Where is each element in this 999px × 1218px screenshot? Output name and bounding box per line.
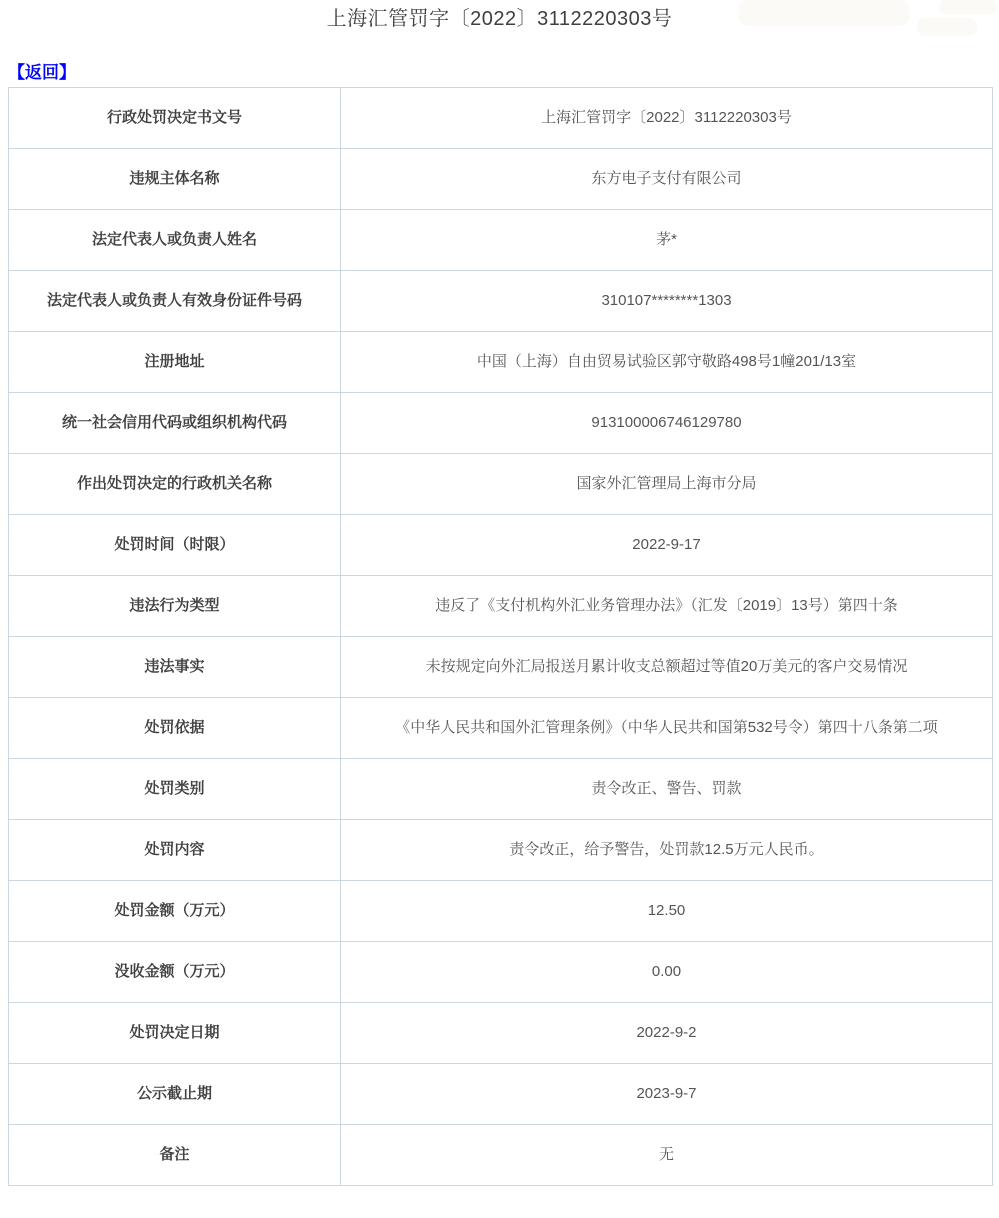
row-value: 12.50	[341, 881, 993, 942]
row-label: 处罚内容	[9, 820, 341, 881]
table-row: 行政处罚决定书文号上海汇管罚字〔2022〕3112220303号	[9, 88, 993, 149]
row-label: 注册地址	[9, 332, 341, 393]
row-label: 法定代表人或负责人姓名	[9, 210, 341, 271]
table-row: 违规主体名称东方电子支付有限公司	[9, 149, 993, 210]
row-label: 违法事实	[9, 637, 341, 698]
row-value: 无	[341, 1125, 993, 1186]
row-label: 公示截止期	[9, 1064, 341, 1125]
row-label: 违法行为类型	[9, 576, 341, 637]
table-row: 法定代表人或负责人有效身份证件号码310107********1303	[9, 271, 993, 332]
table-row: 违法事实未按规定向外汇局报送月累计收支总额超过等值20万美元的客户交易情况	[9, 637, 993, 698]
row-value: 国家外汇管理局上海市分局	[341, 454, 993, 515]
row-label: 处罚时间（时限）	[9, 515, 341, 576]
row-value: 责令改正、警告、罚款	[341, 759, 993, 820]
table-row: 处罚内容责令改正，给予警告，处罚款12.5万元人民币。	[9, 820, 993, 881]
row-label: 备注	[9, 1125, 341, 1186]
row-value: 2022-9-17	[341, 515, 993, 576]
table-row: 处罚决定日期2022-9-2	[9, 1003, 993, 1064]
page-title: 上海汇管罚字〔2022〕3112220303号	[0, 0, 999, 31]
table-row: 法定代表人或负责人姓名茅*	[9, 210, 993, 271]
row-label: 处罚决定日期	[9, 1003, 341, 1064]
row-value: 310107********1303	[341, 271, 993, 332]
row-value: 上海汇管罚字〔2022〕3112220303号	[341, 88, 993, 149]
table-row: 备注无	[9, 1125, 993, 1186]
row-value: 《中华人民共和国外汇管理条例》（中华人民共和国第532号令）第四十八条第二项	[341, 698, 993, 759]
row-label: 行政处罚决定书文号	[9, 88, 341, 149]
row-label: 违规主体名称	[9, 149, 341, 210]
row-label: 法定代表人或负责人有效身份证件号码	[9, 271, 341, 332]
row-label: 处罚金额（万元）	[9, 881, 341, 942]
row-label: 没收金额（万元）	[9, 942, 341, 1003]
row-value: 913100006746129780	[341, 393, 993, 454]
row-value: 责令改正，给予警告，处罚款12.5万元人民币。	[341, 820, 993, 881]
row-label: 处罚类别	[9, 759, 341, 820]
row-label: 处罚依据	[9, 698, 341, 759]
row-value: 东方电子支付有限公司	[341, 149, 993, 210]
table-row: 违法行为类型违反了《支付机构外汇业务管理办法》（汇发〔2019〕13号）第四十条	[9, 576, 993, 637]
back-link[interactable]: 【返回】	[8, 58, 76, 83]
row-value: 0.00	[341, 942, 993, 1003]
row-value: 2022-9-2	[341, 1003, 993, 1064]
row-value: 茅*	[341, 210, 993, 271]
table-row: 公示截止期2023-9-7	[9, 1064, 993, 1125]
table-row: 处罚时间（时限）2022-9-17	[9, 515, 993, 576]
penalty-detail-page: 上海汇管罚字〔2022〕3112220303号 【返回】 行政处罚决定书文号上海…	[0, 0, 999, 1218]
row-value: 2023-9-7	[341, 1064, 993, 1125]
table-row: 作出处罚决定的行政机关名称国家外汇管理局上海市分局	[9, 454, 993, 515]
row-value: 未按规定向外汇局报送月累计收支总额超过等值20万美元的客户交易情况	[341, 637, 993, 698]
penalty-table-body: 行政处罚决定书文号上海汇管罚字〔2022〕3112220303号违规主体名称东方…	[9, 88, 993, 1186]
table-row: 没收金额（万元）0.00	[9, 942, 993, 1003]
table-row: 处罚类别责令改正、警告、罚款	[9, 759, 993, 820]
table-row: 处罚金额（万元）12.50	[9, 881, 993, 942]
penalty-table: 行政处罚决定书文号上海汇管罚字〔2022〕3112220303号违规主体名称东方…	[8, 87, 993, 1186]
row-value: 违反了《支付机构外汇业务管理办法》（汇发〔2019〕13号）第四十条	[341, 576, 993, 637]
row-label: 统一社会信用代码或组织机构代码	[9, 393, 341, 454]
table-row: 注册地址中国（上海）自由贸易试验区郭守敬路498号1幢201/13室	[9, 332, 993, 393]
row-label: 作出处罚决定的行政机关名称	[9, 454, 341, 515]
table-row: 处罚依据《中华人民共和国外汇管理条例》（中华人民共和国第532号令）第四十八条第…	[9, 698, 993, 759]
table-row: 统一社会信用代码或组织机构代码913100006746129780	[9, 393, 993, 454]
row-value: 中国（上海）自由贸易试验区郭守敬路498号1幢201/13室	[341, 332, 993, 393]
